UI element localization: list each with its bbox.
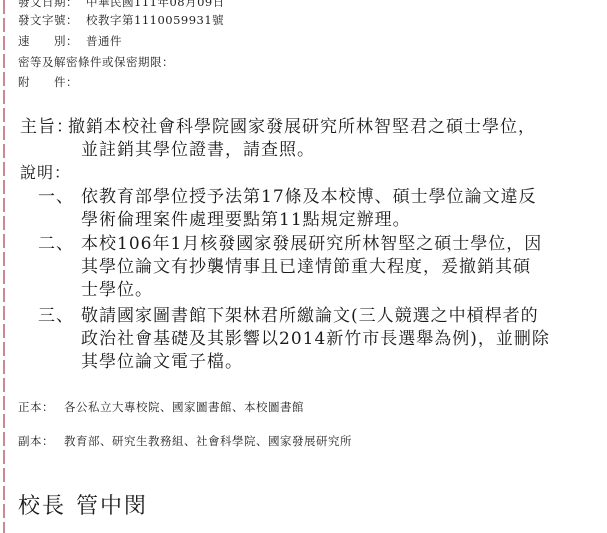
original-value: 各公私立大專校院、國家圖書館、本校圖書館: [64, 400, 304, 414]
signature-title: 校長: [18, 494, 66, 519]
meta-date-label: 發文日期：: [18, 0, 78, 9]
copy-recipients: 副本：教育部、研究生教務組、社會科學院、國家發展研究所: [18, 434, 352, 448]
item-line: 政治社會基礎及其影響以2014新竹市長選舉為例)，並刪除: [81, 328, 550, 351]
subject-label: 主旨：: [20, 116, 74, 139]
meta-speed-value: 普通件: [86, 34, 122, 48]
meta-speed-label: 速 別：: [18, 34, 78, 48]
meta-speed: 速 別：普通件: [18, 34, 122, 48]
subject-line: 撤銷本校社會科學院國家發展研究所林智堅君之碩士學位，: [68, 116, 588, 139]
item-text: 依教育部學位授予法第17條及本校博、碩士學位論文違反 學術倫理案件處理要點第11…: [81, 186, 537, 232]
meta-secrecy-label: 密等及解密條件或保密期限：: [18, 55, 174, 69]
item-line: 士學位。: [81, 279, 542, 302]
explanation-label: 說明：: [20, 162, 71, 184]
item-number: 二、: [38, 233, 74, 256]
copy-label: 副本：: [18, 434, 54, 448]
original-recipients: 正本：各公私立大專校院、國家圖書館、本校圖書館: [18, 400, 304, 414]
item-line: 敬請國家圖書館下架林君所繳論文(三人競選之中槓桿者的: [81, 305, 550, 328]
page-margin-line: [3, 0, 5, 533]
meta-number-value: 校教字第1110059931號: [86, 13, 224, 27]
copy-value: 教育部、研究生教務組、社會科學院、國家發展研究所: [64, 434, 352, 448]
item-line: 其學位論文電子檔。: [81, 351, 550, 374]
meta-number-label: 發文字號：: [18, 13, 78, 27]
item-text: 本校106年1月核發國家發展研究所林智堅之碩士學位，因 其學位論文有抄襲情事且已…: [81, 233, 542, 302]
item-line: 學術倫理案件處理要點第11點規定辦理。: [81, 209, 537, 232]
signature: 校長管中閔: [18, 493, 148, 521]
meta-date: 發文日期：中華民國111年08月09日: [18, 0, 225, 9]
meta-number: 發文字號：校教字第1110059931號: [18, 13, 224, 27]
meta-secrecy: 密等及解密條件或保密期限：: [18, 55, 182, 69]
signature-name: 管中閔: [76, 494, 148, 519]
subject-text: 撤銷本校社會科學院國家發展研究所林智堅君之碩士學位， 並註銷其學位證書，請查照。: [68, 116, 588, 162]
original-label: 正本：: [18, 400, 54, 414]
meta-attachment-label: 附 件：: [18, 75, 78, 89]
item-line: 本校106年1月核發國家發展研究所林智堅之碩士學位，因: [81, 233, 542, 256]
item-line: 其學位論文有抄襲情事且已達情節重大程度，爰撤銷其碩: [81, 256, 542, 279]
item-number: 一、: [38, 186, 74, 209]
subject-line: 並註銷其學位證書，請查照。: [68, 139, 588, 162]
item-text: 敬請國家圖書館下架林君所繳論文(三人競選之中槓桿者的 政治社會基礎及其影響以20…: [81, 305, 550, 374]
meta-attachment: 附 件：: [18, 75, 86, 89]
meta-date-value: 中華民國111年08月09日: [86, 0, 225, 9]
item-line: 依教育部學位授予法第17條及本校博、碩士學位論文違反: [81, 186, 537, 209]
item-number: 三、: [38, 305, 74, 328]
